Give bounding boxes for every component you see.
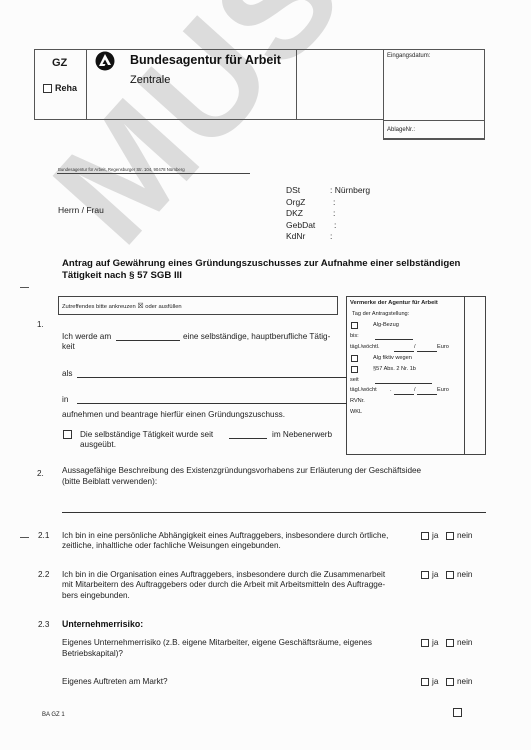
crossed-box-icon: ☒: [137, 303, 143, 310]
nebenerwerb-text-a: Die selbständige Tätigkeit wurde seit: [80, 430, 213, 441]
rvnr-label: RVNr.: [350, 398, 365, 404]
alg-bezug-checkbox[interactable]: [351, 322, 358, 329]
q22-line1: Ich bin in die Organisation eines Auftra…: [62, 570, 385, 581]
q21-yes-label: ja: [432, 531, 438, 542]
q23-number: 2.3: [38, 620, 49, 631]
bis-label: bis:: [350, 333, 359, 339]
meta-dst-label: DSt: [286, 185, 300, 195]
meta-dst-value: : Nürnberg: [330, 185, 370, 195]
gz-label: GZ: [52, 57, 67, 69]
divider: [464, 297, 465, 454]
q23a-no-checkbox[interactable]: [446, 639, 454, 647]
section-2-number: 2.: [37, 469, 44, 480]
amount-field-2b[interactable]: [417, 394, 437, 395]
q22-line2: mit Mitarbeitern des Auftraggebers oder …: [62, 580, 385, 591]
taegl-label-1: tägl./wöchtl.: [350, 344, 380, 350]
fold-mark: [20, 537, 29, 538]
par57-checkbox[interactable]: [351, 366, 358, 373]
q22-number: 2.2: [38, 570, 49, 581]
eingangsdatum-label: Eingangsdatum:: [387, 53, 430, 59]
als-label: als: [62, 369, 72, 380]
bis-field[interactable]: [375, 339, 413, 340]
office-use-box: Eingangsdatum: AblageNr.:: [383, 49, 485, 140]
org-name: Bundesagentur für Arbeit: [130, 53, 281, 67]
q23a-line1: Eigenes Unternehmerrisiko (z.B. eigene M…: [62, 638, 372, 649]
tag-antragstellung: Tag der Antragstellung:: [352, 311, 409, 317]
header-divider: [296, 50, 297, 119]
section-1-text-b: eine selbständige, hauptberufliche Tätig…: [183, 332, 330, 343]
slash: /: [414, 344, 416, 350]
ablage-label: AblageNr.:: [387, 127, 415, 133]
q23a-line2: Betriebskapital)?: [62, 649, 123, 660]
section-1-text-c: keit: [62, 342, 75, 353]
sender-address: Bundesagentur für Arbeit, Regensburger S…: [58, 167, 185, 172]
meta-dkz-value: :: [333, 208, 335, 218]
meta-orgz-label: OrgZ: [286, 197, 305, 207]
instruction-text-post: oder ausfüllen: [145, 304, 181, 310]
fold-mark: [20, 287, 29, 288]
footer-checkbox[interactable]: [453, 708, 462, 717]
seit-field[interactable]: [375, 383, 432, 384]
start-date-field[interactable]: [116, 340, 180, 341]
par57-label: §57 Abs. 2 Nr. 1b: [373, 366, 416, 372]
q22-line3: bers eingebunden.: [62, 591, 130, 602]
wkl-label: WKL: [350, 409, 362, 415]
dot: .: [390, 387, 392, 393]
meta-gebdat-value: :: [334, 220, 336, 230]
occupation-field[interactable]: [77, 377, 347, 378]
q21-number: 2.1: [38, 531, 49, 542]
nebenerwerb-date-field[interactable]: [229, 438, 267, 439]
meta-kdnr-value: :: [330, 231, 332, 241]
form-code: BA GZ 1: [42, 712, 65, 718]
apply-text: aufnehmen und beantrage hierfür einen Gr…: [62, 410, 285, 421]
amount-field-1a[interactable]: [394, 351, 414, 352]
agency-notes-box: Vermerke der Agentur für Arbeit Tag der …: [346, 296, 486, 455]
location-field[interactable]: [77, 403, 347, 404]
amount-field-1b[interactable]: [417, 351, 437, 352]
ba-logo-icon: [95, 51, 115, 71]
alg-fiktiv-checkbox[interactable]: [351, 355, 358, 362]
form-title-line2: Tätigkeit nach § 57 SGB III: [62, 270, 182, 281]
alg-fiktiv-label: Alg fiktiv wegen: [373, 355, 412, 361]
q22-no-checkbox[interactable]: [446, 571, 454, 579]
sender-underline: [57, 173, 250, 174]
agency-box-title: Vermerke der Agentur für Arbeit: [350, 300, 438, 306]
section-2-line2: (bitte Beiblatt verwenden):: [62, 477, 157, 488]
q23a-yes-checkbox[interactable]: [421, 639, 429, 647]
org-sub: Zentrale: [130, 74, 170, 86]
slash: /: [414, 387, 416, 393]
header-box: GZ Reha Bundesagentur für Arbeit Zentral…: [34, 49, 384, 120]
meta-orgz-value: :: [333, 197, 335, 207]
meta-dkz-label: DKZ: [286, 208, 303, 218]
q23b-yes-checkbox[interactable]: [421, 678, 429, 686]
q23-title: Unternehmerrisiko:: [62, 619, 143, 629]
meta-gebdat-label: GebDat: [286, 220, 315, 230]
form-title-line1: Antrag auf Gewährung eines Gründungszusc…: [62, 258, 460, 269]
q21-line1: Ich bin in eine persönliche Abhängigkeit…: [62, 531, 388, 542]
q22-yes-label: ja: [432, 570, 438, 581]
reha-checkbox[interactable]: [43, 84, 52, 93]
header-divider: [86, 50, 87, 119]
amount-field-2a[interactable]: [394, 394, 414, 395]
q21-line2: zeitliche, inhaltliche oder fachliche We…: [62, 541, 281, 552]
q23b-no-label: nein: [457, 677, 472, 688]
seit-label: seit: [350, 377, 359, 383]
q21-no-checkbox[interactable]: [446, 532, 454, 540]
q22-no-label: nein: [457, 570, 472, 581]
section-2-line1: Aussagefähige Beschreibung des Existenzg…: [62, 466, 421, 477]
q21-no-label: nein: [457, 531, 472, 542]
q21-yes-checkbox[interactable]: [421, 532, 429, 540]
q23b-text: Eigenes Auftreten am Markt?: [62, 677, 168, 688]
alg-bezug-label: Alg-Bezug: [373, 322, 399, 328]
q23b-no-checkbox[interactable]: [446, 678, 454, 686]
euro-label-2: Euro: [437, 387, 449, 393]
euro-label-1: Euro: [437, 344, 449, 350]
in-label: in: [62, 395, 68, 406]
q23a-no-label: nein: [457, 638, 472, 649]
instruction-text: Zutreffendes bitte ankreuzen: [62, 304, 136, 310]
reha-label: Reha: [55, 83, 77, 93]
nebenerwerb-text-c: ausgeübt.: [80, 440, 116, 451]
section-1-text-a: Ich werde am: [62, 332, 111, 343]
recipient-label: Herrn / Frau: [58, 205, 104, 215]
nebenerwerb-text-b: im Nebenerwerb: [272, 430, 332, 441]
section-1-number: 1.: [37, 320, 44, 329]
q23a-yes-label: ja: [432, 638, 438, 649]
q22-yes-checkbox[interactable]: [421, 571, 429, 579]
taegl-label-2: tägl./wöcht: [350, 387, 377, 393]
instruction-box: Zutreffendes bitte ankreuzen ☒ oder ausf…: [58, 296, 338, 315]
nebenerwerb-checkbox[interactable]: [63, 430, 72, 439]
q23b-yes-label: ja: [432, 677, 438, 688]
business-description-field[interactable]: [62, 512, 486, 513]
meta-kdnr-label: KdNr: [286, 231, 305, 241]
divider: [384, 120, 484, 121]
